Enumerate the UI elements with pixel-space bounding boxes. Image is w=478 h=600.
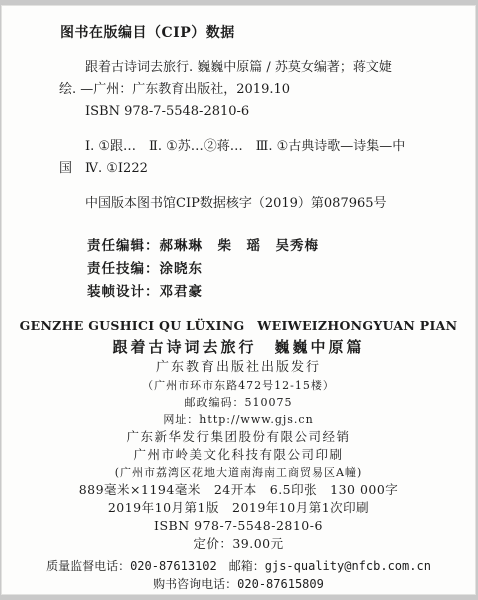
book-title-chinese: 跟着古诗词去旅行 巍巍中原篇 xyxy=(2,336,475,358)
postal-code-line: 邮政编码：510075 xyxy=(2,394,475,411)
cip-record-number: 中国版本图书馆CIP数据核字（2019）第087965号 xyxy=(85,194,475,214)
cip-classification-block: Ⅰ. ①跟… Ⅱ. ①苏…②蒋… Ⅲ. ①古典诗歌—诗集—中 国 Ⅳ. ①I22… xyxy=(59,136,435,180)
colophon-block: GENZHE GUSHICI QU LÜXING WEIWEIZHONGYUAN… xyxy=(2,316,475,553)
staff-technical-editor-line: 责任技编：涂晓东 xyxy=(87,258,475,281)
cip-entry-line-2: 绘. —广州：广东教育出版社，2019.10 xyxy=(59,79,435,101)
copyright-page: 图书在版编目（CIP）数据 跟着古诗词去旅行. 巍巍中原篇 / 苏莫女编著；蒋文… xyxy=(1,5,476,595)
cip-class-line-2: 国 Ⅳ. ①I222 xyxy=(59,158,435,180)
edition-line: 2019年10月第1版 2019年10月第1次印刷 xyxy=(2,499,475,517)
cip-entry-block: 跟着古诗词去旅行. 巍巍中原篇 / 苏莫女编著；蒋文婕 绘. —广州：广东教育出… xyxy=(59,57,435,123)
cip-entry-isbn: ISBN 978-7-5548-2810-6 xyxy=(59,101,435,123)
staff-editor-line: 责任编辑：郝琳琳 柴 瑶 吴秀梅 xyxy=(87,235,475,258)
publisher-line: 广东教育出版社出版发行 xyxy=(2,358,475,377)
purchase-hotline-line: 购书咨询电话：020-87615809 xyxy=(2,575,475,593)
quality-hotline-line: 质量监督电话：020-87613102 邮箱：gjs-quality@nfcb.… xyxy=(2,557,475,575)
format-spec-line: 889毫米×1194毫米 24开本 6.5印张 130 000字 xyxy=(2,481,475,499)
contact-block: 质量监督电话：020-87613102 邮箱：gjs-quality@nfcb.… xyxy=(2,557,475,593)
cip-header: 图书在版编目（CIP）数据 xyxy=(60,23,475,43)
isbn-line: ISBN 978-7-5548-2810-6 xyxy=(2,517,475,535)
printer-address: (广州市荔湾区花地大道南海南工商贸易区A幢) xyxy=(2,464,475,481)
book-title-pinyin: GENZHE GUSHICI QU LÜXING WEIWEIZHONGYUAN… xyxy=(2,316,475,336)
staff-block: 责任编辑：郝琳琳 柴 瑶 吴秀梅 责任技编：涂晓东 装帧设计：邓君豪 xyxy=(87,235,475,304)
website-line: 网址：http://www.gjs.cn xyxy=(2,411,475,428)
cip-entry-line-1: 跟着古诗词去旅行. 巍巍中原篇 / 苏莫女编著；蒋文婕 xyxy=(59,57,435,79)
staff-designer-line: 装帧设计：邓君豪 xyxy=(87,281,475,304)
price-line: 定价：39.00元 xyxy=(2,535,475,553)
publisher-address: （广州市环市东路472号12-15楼） xyxy=(2,377,475,394)
distributor-line: 广东新华发行集团股份有限公司经销 xyxy=(2,428,475,446)
printer-line: 广州市岭美文化科技有限公司印刷 xyxy=(2,446,475,464)
cip-class-line-1: Ⅰ. ①跟… Ⅱ. ①苏…②蒋… Ⅲ. ①古典诗歌—诗集—中 xyxy=(59,136,435,158)
